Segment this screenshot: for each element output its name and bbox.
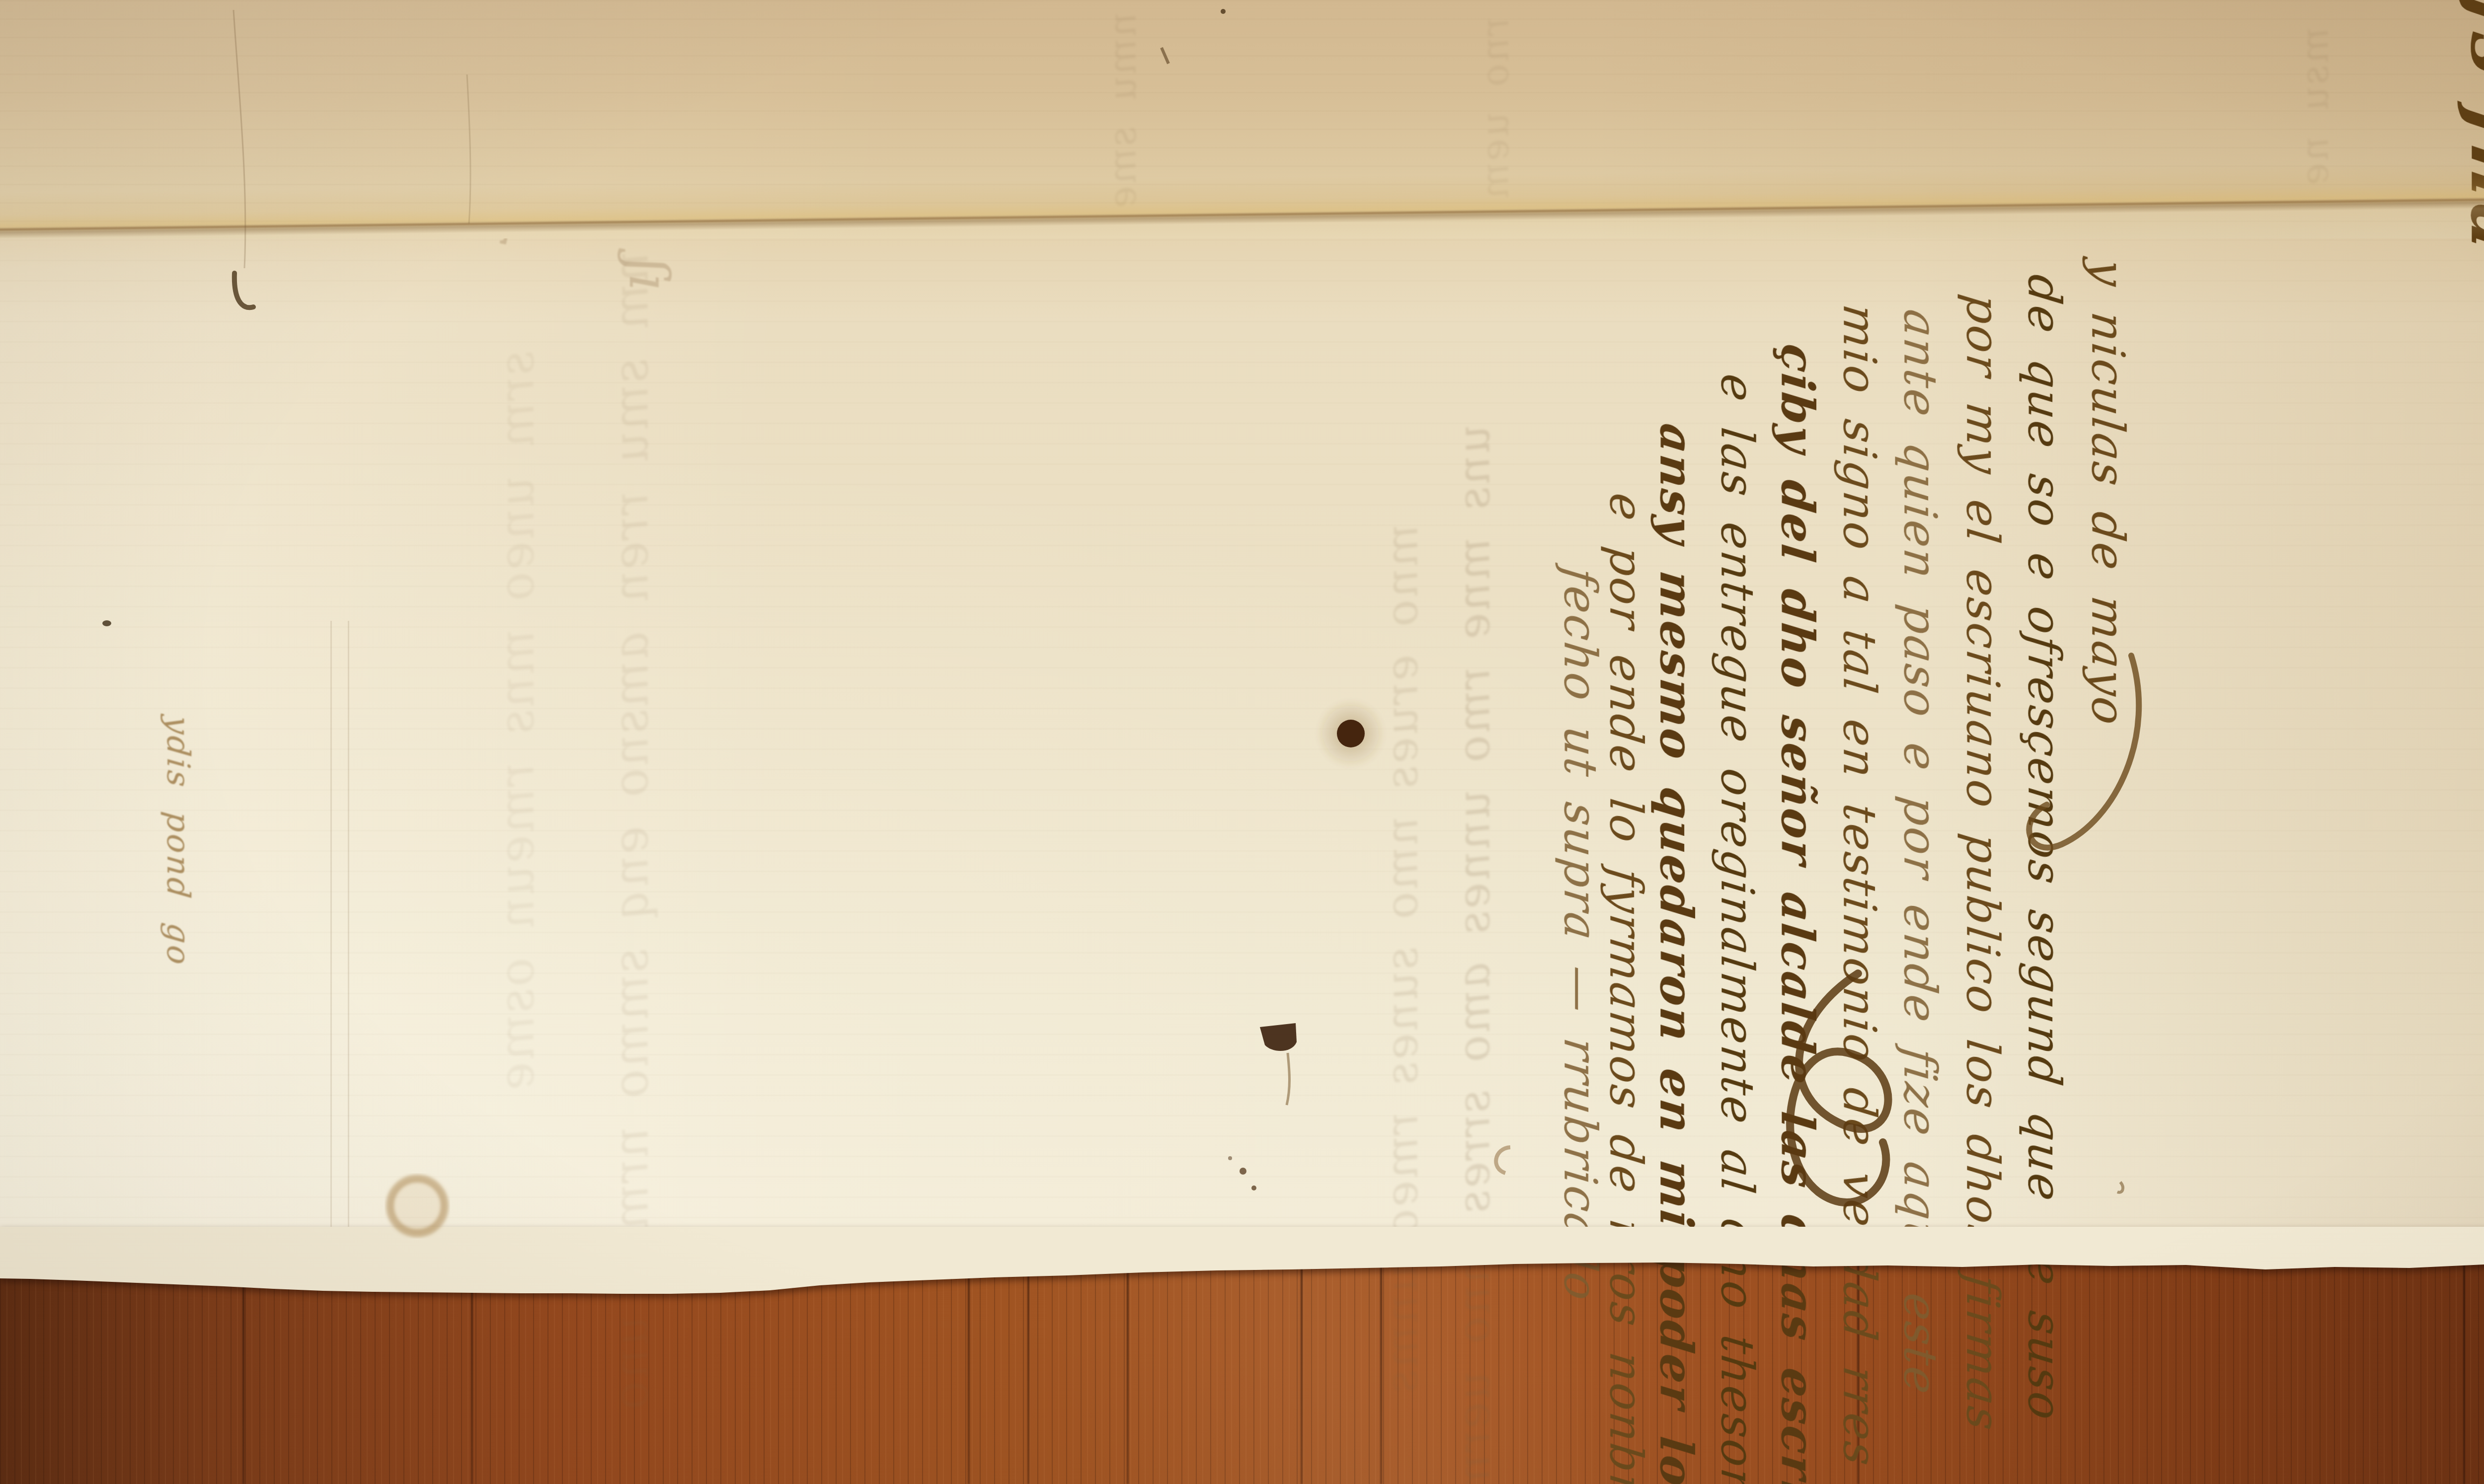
manuscript-line: ante quien paso e por ende fize aqui est… bbox=[1889, 306, 1951, 1207]
wood-plank-seam bbox=[2463, 1227, 2465, 1484]
wood-plank-seam bbox=[968, 1227, 970, 1484]
showthrough-column: srm uneo mns rmeun osme bbox=[489, 348, 545, 1148]
paper-chain-line bbox=[348, 621, 349, 1252]
wood-plank-seam bbox=[1301, 1227, 1303, 1484]
showthrough-column: mno erues nmo sunes rmeo unms bbox=[1376, 521, 1428, 1173]
marginal-note: ydis pond go bbox=[159, 715, 196, 1209]
wood-plank-seam bbox=[1127, 1227, 1129, 1484]
wood-plank-seam bbox=[242, 1227, 244, 1484]
showthrough-column: uns mne rmo unnes amo srres mno uermes a… bbox=[1448, 422, 1500, 1197]
manuscript-line: de que so e ofresçemos segund que de sus… bbox=[2014, 272, 2075, 1182]
wooden-table-surface bbox=[0, 1227, 2484, 1484]
manuscript-line: çiby del dho señor alcalde las dhas escr… bbox=[1767, 341, 1829, 1197]
paper-chain-line bbox=[330, 621, 332, 1252]
wood-plank-seam bbox=[1027, 1227, 1029, 1484]
manuscript-line: fecho ut supra — rrubricado bbox=[1550, 565, 1611, 1142]
manuscript-line: mio signo a tal en testimonio de verdad … bbox=[1829, 301, 1890, 1207]
photo-of-manuscript-on-table: uns mne rmo unnes amo srres mno uermes a… bbox=[0, 0, 2484, 1484]
showthrough-stroke: ʃı bbox=[617, 258, 681, 353]
wood-plank-seam bbox=[471, 1227, 473, 1484]
showthrough-column: nm smu rren amsno enq smmo nrmes uno bbox=[604, 248, 659, 1148]
manuscript-line: por my el escriuano publico los dhos fir… bbox=[1952, 292, 2014, 1192]
manuscript-line: y niculas de mayo bbox=[2077, 257, 2139, 700]
manuscript-line: e las entregue oreginalmente al dho thes… bbox=[1707, 371, 1768, 1202]
